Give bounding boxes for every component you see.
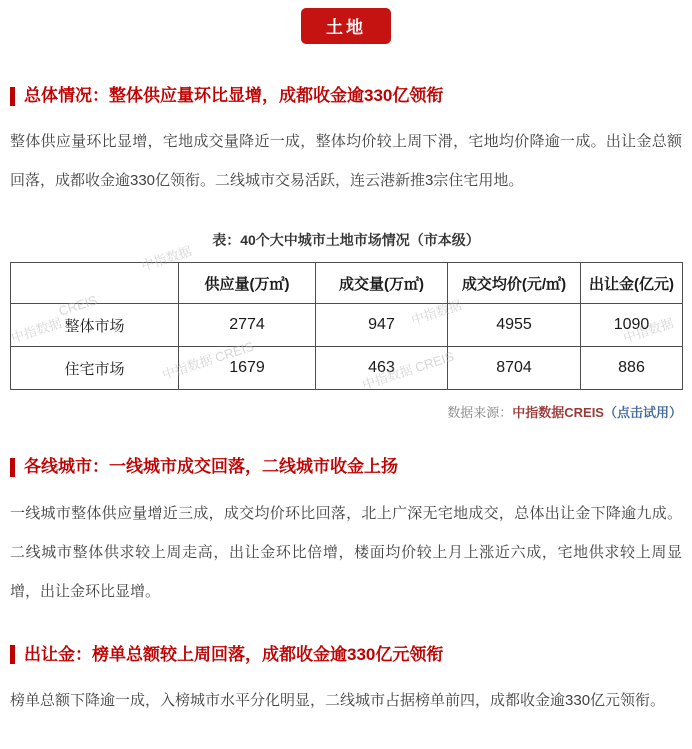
article-page: 土地 总体情况：整体供应量环比显增，成都收金逾330亿领衔 整体供应量环比显增，…: [0, 0, 692, 749]
section-heading-city-tiers: 各线城市：一线城市成交回落，二线城市收金上扬: [10, 457, 682, 477]
data-source-prefix: 数据来源：: [447, 405, 512, 420]
section-heading-text: 总体情况：整体供应量环比显增，成都收金逾330亿领衔: [24, 86, 443, 106]
badge-row: 土地: [10, 0, 682, 44]
heading-bar-icon: [10, 458, 15, 477]
section-paragraph-city-tiers: 一线城市整体供应量增近三成，成交均价环比回落，北上广深无宅地成交，总体出让金下降…: [10, 494, 682, 611]
data-source-line: 数据来源：中指数据CREIS（点击试用）: [10, 402, 682, 421]
table-row: 整体市场 2774 947 4955 1090: [11, 304, 683, 347]
cell-overall-supply: 2774: [179, 304, 316, 347]
heading-bar-icon: [10, 87, 15, 106]
category-badge: 土地: [301, 8, 391, 44]
cell-residential-supply: 1679: [179, 347, 316, 390]
heading-bar-icon: [10, 645, 15, 664]
table-header-price: 成交均价(元/㎡): [448, 263, 581, 304]
section-heading-text: 各线城市：一线城市成交回落，二线城市收金上扬: [24, 457, 398, 477]
cell-residential-premium: 886: [581, 347, 683, 390]
section-paragraph-overview: 整体供应量环比显增，宅地成交量降近一成，整体均价较上周下滑，宅地均价降逾一成。出…: [10, 122, 682, 200]
cell-overall-price: 4955: [448, 304, 581, 347]
land-market-table-wrap: 中指数据 CREIS 中指数据 中指数据 中指数据 CREIS 中指数据 CRE…: [10, 262, 682, 390]
table-header-row: 供应量(万㎡) 成交量(万㎡) 成交均价(元/㎡) 出让金(亿元): [11, 263, 683, 304]
table-header-premium: 出让金(亿元): [581, 263, 683, 304]
row-label-overall: 整体市场: [11, 304, 179, 347]
table-header-empty: [11, 263, 179, 304]
table-header-volume: 成交量(万㎡): [316, 263, 448, 304]
table-row: 住宅市场 1679 463 8704 886: [11, 347, 683, 390]
cell-overall-premium: 1090: [581, 304, 683, 347]
section-heading-premium: 出让金：榜单总额较上周回落，成都收金逾330亿元领衔: [10, 645, 682, 665]
data-source-brand: 中指数据CREIS: [512, 405, 604, 420]
trial-link[interactable]: （点击试用）: [604, 405, 682, 420]
cell-overall-volume: 947: [316, 304, 448, 347]
cell-residential-volume: 463: [316, 347, 448, 390]
table-header-supply: 供应量(万㎡): [179, 263, 316, 304]
section-heading-overview: 总体情况：整体供应量环比显增，成都收金逾330亿领衔: [10, 86, 682, 106]
cell-residential-price: 8704: [448, 347, 581, 390]
section-paragraph-premium: 榜单总额下降逾一成，入榜城市水平分化明显，二线城市占据榜单前四，成都收金逾330…: [10, 681, 682, 720]
row-label-residential: 住宅市场: [11, 347, 179, 390]
land-market-table: 供应量(万㎡) 成交量(万㎡) 成交均价(元/㎡) 出让金(亿元) 整体市场 2…: [10, 262, 683, 390]
section-heading-text: 出让金：榜单总额较上周回落，成都收金逾330亿元领衔: [24, 645, 443, 665]
table-title: 表：40个大中城市土地市场情况（市本级）: [10, 230, 682, 250]
